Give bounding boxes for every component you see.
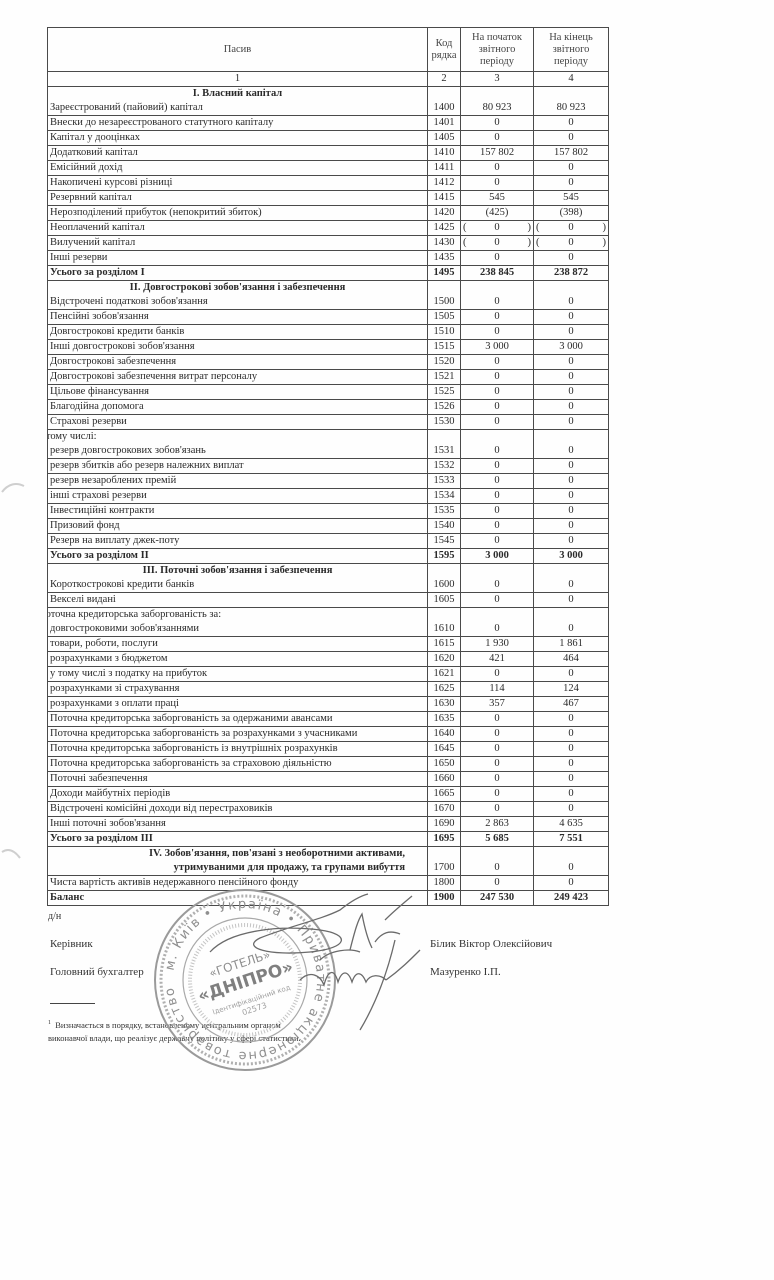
table-row: Відстрочені комісійні доходи від перестр… — [48, 802, 609, 817]
stamp-center-main: «ДНІПРО» — [196, 957, 296, 1007]
row-code: 1660 — [428, 772, 461, 787]
table-row: розрахунками зі страхування1625114124 — [48, 682, 609, 697]
value-start: 421 — [461, 652, 534, 667]
table-row: Резервний капітал1415545545 — [48, 191, 609, 206]
value-cell: (0) — [461, 236, 534, 251]
scan-hole-mark-icon — [0, 842, 30, 872]
value-start: 157 802 — [461, 146, 534, 161]
table-row: Поточна кредиторська заборгованість за о… — [48, 712, 609, 727]
row-label: Інші поточні зобов'язання — [48, 817, 428, 832]
row-code: 1425 — [428, 221, 461, 236]
row-code: 1533 — [428, 474, 461, 489]
open-paren: ( — [463, 236, 467, 250]
close-paren: ) — [603, 221, 607, 235]
row-code: 1412 — [428, 176, 461, 191]
table-row: Доходи майбутніх періодів166500 — [48, 787, 609, 802]
value-start: 0 — [461, 742, 534, 757]
row-code: 1800 — [428, 876, 461, 891]
value-start: 114 — [461, 682, 534, 697]
stamp-code: 02573 — [241, 1001, 268, 1017]
value-end: 0 — [534, 787, 609, 802]
header-label: Пасив — [48, 28, 428, 72]
value-start: 0 — [461, 712, 534, 727]
footnote-mark: 1 — [48, 1020, 51, 1026]
table-row: ІІ. Довгострокові зобов'язання і забезпе… — [48, 281, 609, 310]
value-end: 0 — [534, 802, 609, 817]
value-start: 0 — [461, 310, 534, 325]
balance-sheet-page: Пасив Код рядка На початок звітного пері… — [0, 0, 774, 1280]
row-label-text: Короткострокові кредити банків — [50, 578, 425, 592]
row-code: 1410 — [428, 146, 461, 161]
row-code: 1605 — [428, 593, 461, 608]
row-label: ІІІ. Поточні зобов'язання і забезпечення… — [48, 564, 428, 593]
value-end: 157 802 — [534, 146, 609, 161]
table-row: Чиста вартість активів недержавного пенс… — [48, 876, 609, 891]
row-label: Неоплачений капітал — [48, 221, 428, 236]
value-end: 0 — [534, 667, 609, 682]
row-code: 1625 — [428, 682, 461, 697]
row-label: Емісійний дохід — [48, 161, 428, 176]
value-end: 0 — [534, 310, 609, 325]
value-end: 249 423 — [534, 891, 609, 906]
value-start: 247 530 — [461, 891, 534, 906]
column-number: 1 — [48, 72, 428, 87]
table-row: Поточні забезпечення166000 — [48, 772, 609, 787]
value-start: 0 — [461, 667, 534, 682]
value-end: 0 — [534, 847, 609, 876]
row-code: 1595 — [428, 549, 461, 564]
row-label: Вилучений капітал — [48, 236, 428, 251]
row-label: Поточна кредиторська заборгованість за:д… — [48, 608, 428, 637]
table-row: Призовий фонд154000 — [48, 519, 609, 534]
row-label: Векселі видані — [48, 593, 428, 608]
table-row: Поточна кредиторська заборгованість із в… — [48, 742, 609, 757]
director-role: Керівник — [50, 938, 93, 950]
balance-liabilities-table: Пасив Код рядка На початок звітного пері… — [47, 27, 609, 906]
row-label: І. Власний капіталЗареєстрований (пайови… — [48, 87, 428, 116]
value-start: 357 — [461, 697, 534, 712]
row-label: резерв збитків або резерв належних випла… — [48, 459, 428, 474]
table-row: Інші резерви143500 — [48, 251, 609, 266]
value-end: 0 — [534, 370, 609, 385]
value-start: 0 — [461, 593, 534, 608]
row-code: 1415 — [428, 191, 461, 206]
section-title: у тому числі: — [48, 430, 426, 444]
value-end: 0 — [534, 489, 609, 504]
value-end: 0 — [534, 116, 609, 131]
scan-hole-mark-icon — [0, 478, 30, 508]
bracketed-value: (0) — [463, 236, 531, 250]
value-start: (425) — [461, 206, 534, 221]
table-row: Інші поточні зобов'язання16902 8634 635 — [48, 817, 609, 832]
value-end: 0 — [534, 757, 609, 772]
table-row: Резерв на виплату джек-поту154500 — [48, 534, 609, 549]
row-code: 1420 — [428, 206, 461, 221]
close-paren: ) — [528, 221, 532, 235]
value-end: (398) — [534, 206, 609, 221]
table-row: Капітал у дооцінках140500 — [48, 131, 609, 146]
table-row: Внески до незареєстрованого статутного к… — [48, 116, 609, 131]
row-label: Усього за розділом I — [48, 266, 428, 281]
table-row: ІІІ. Поточні зобов'язання і забезпечення… — [48, 564, 609, 593]
bracketed-value: (0) — [536, 236, 606, 250]
row-label: Благодійна допомога — [48, 400, 428, 415]
row-code: 1545 — [428, 534, 461, 549]
row-code: 1665 — [428, 787, 461, 802]
row-label: Усього за розділом II — [48, 549, 428, 564]
value-end: 0 — [534, 593, 609, 608]
value-end: 0 — [534, 176, 609, 191]
value-start: 0 — [461, 787, 534, 802]
value-end: 0 — [534, 161, 609, 176]
section-title: І. Власний капітал — [50, 87, 425, 101]
value-start: 0 — [461, 772, 534, 787]
column-number: 2 — [428, 72, 461, 87]
total-row: Усього за розділом II15953 0003 000 — [48, 549, 609, 564]
value-end: 0 — [534, 608, 609, 637]
accountant-name: Мазуренко І.П. — [430, 966, 501, 978]
value-end: 0 — [534, 876, 609, 891]
row-label: товари, роботи, послуги — [48, 637, 428, 652]
row-code: 1635 — [428, 712, 461, 727]
row-code: 1690 — [428, 817, 461, 832]
row-label: Інші резерви — [48, 251, 428, 266]
row-code: 1600 — [428, 564, 461, 593]
value-end: 80 923 — [534, 87, 609, 116]
row-code: 1526 — [428, 400, 461, 415]
row-label: Поточна кредиторська заборгованість за о… — [48, 712, 428, 727]
value-end: 0 — [534, 504, 609, 519]
value-start: 0 — [461, 251, 534, 266]
row-label: розрахунками з бюджетом — [48, 652, 428, 667]
value-end: 0 — [534, 251, 609, 266]
column-number-row: 1 2 3 4 — [48, 72, 609, 87]
value-end: 0 — [534, 742, 609, 757]
value-end: 464 — [534, 652, 609, 667]
row-label: Призовий фонд — [48, 519, 428, 534]
value-end: 0 — [534, 534, 609, 549]
table-row: Додатковий капітал1410157 802157 802 — [48, 146, 609, 161]
row-label: ІІ. Довгострокові зобов'язання і забезпе… — [48, 281, 428, 310]
value-start: 0 — [461, 847, 534, 876]
row-code: 1534 — [428, 489, 461, 504]
value-end: 0 — [534, 385, 609, 400]
total-row: Усього за розділом I1495238 845238 872 — [48, 266, 609, 281]
director-name: Білик Віктор Олексійович — [430, 938, 552, 950]
bracketed-value: (0) — [463, 221, 531, 235]
table-row: Неоплачений капітал1425(0)(0) — [48, 221, 609, 236]
value-start: 0 — [461, 430, 534, 459]
value-start: 0 — [461, 355, 534, 370]
accountant-role: Головний бухгалтер — [50, 966, 144, 978]
section-title: ІІІ. Поточні зобов'язання і забезпечення — [50, 564, 425, 578]
value: 0 — [568, 221, 573, 235]
value: 0 — [494, 221, 499, 235]
footnote: 1 Визначається в порядку, встановленому … — [48, 1017, 301, 1045]
row-code: 1645 — [428, 742, 461, 757]
close-paren: ) — [528, 236, 532, 250]
row-label: розрахунками зі страхування — [48, 682, 428, 697]
value-start: 0 — [461, 131, 534, 146]
row-code: 1530 — [428, 415, 461, 430]
value-start: 1 930 — [461, 637, 534, 652]
value-end: 124 — [534, 682, 609, 697]
value-end: 0 — [534, 131, 609, 146]
table-row: інші страхові резерви153400 — [48, 489, 609, 504]
row-label: IV. Зобов'язання, пов'язані з необоротни… — [48, 847, 428, 876]
table-row: резерв збитків або резерв належних випла… — [48, 459, 609, 474]
value-end: 0 — [534, 474, 609, 489]
row-label-text: Зареєстрований (пайовий) капітал — [50, 101, 425, 115]
row-label: Поточна кредиторська заборгованість із в… — [48, 742, 428, 757]
value-end: 0 — [534, 712, 609, 727]
row-label: Цільове фінансування — [48, 385, 428, 400]
value-end: 0 — [534, 355, 609, 370]
header-start: На початок звітного періоду — [461, 28, 534, 72]
table-row: резерв незароблених премій153300 — [48, 474, 609, 489]
header-code: Код рядка — [428, 28, 461, 72]
row-label: Інвестиційні контракти — [48, 504, 428, 519]
row-code: 1900 — [428, 891, 461, 906]
total-row: Усього за розділом III16955 6857 551 — [48, 832, 609, 847]
row-code: 1610 — [428, 608, 461, 637]
row-code: 1531 — [428, 430, 461, 459]
value-start: 0 — [461, 325, 534, 340]
section-4-title-line-2: утримуваними для продажу, та групами виб… — [50, 861, 425, 875]
value-start: 0 — [461, 876, 534, 891]
open-paren: ( — [536, 221, 540, 235]
value-start: 0 — [461, 757, 534, 772]
row-code: 1532 — [428, 459, 461, 474]
table-row: у тому числі з податку на прибуток162100 — [48, 667, 609, 682]
row-code: 1505 — [428, 310, 461, 325]
row-code: 1400 — [428, 87, 461, 116]
row-label: Доходи майбутніх періодів — [48, 787, 428, 802]
value-start: 2 863 — [461, 817, 534, 832]
value-end: 0 — [534, 415, 609, 430]
column-number: 4 — [534, 72, 609, 87]
table-row: товари, роботи, послуги16151 9301 861 — [48, 637, 609, 652]
value-end: 4 635 — [534, 817, 609, 832]
accountant-signature-icon — [290, 930, 430, 1040]
value-start: 0 — [461, 400, 534, 415]
row-code: 1500 — [428, 281, 461, 310]
value-start: 238 845 — [461, 266, 534, 281]
value-end: 467 — [534, 697, 609, 712]
row-label: Довгострокові забезпечення витрат персон… — [48, 370, 428, 385]
stamp-code-label: Ідентифікаційний код — [212, 984, 292, 1017]
value-start: 3 000 — [461, 549, 534, 564]
row-label: Довгострокові забезпечення — [48, 355, 428, 370]
table-row: Пенсійні зобов'язання150500 — [48, 310, 609, 325]
value-start: 0 — [461, 281, 534, 310]
row-label: у тому числі:резерв довгострокових зобов… — [48, 430, 428, 459]
value-cell: (0) — [461, 221, 534, 236]
value-start: 3 000 — [461, 340, 534, 355]
row-code: 1510 — [428, 325, 461, 340]
row-label: розрахунками з оплати праці — [48, 697, 428, 712]
table-row: Довгострокові забезпечення152000 — [48, 355, 609, 370]
row-code: 1525 — [428, 385, 461, 400]
row-label-text: довгостроковими зобов'язаннями — [50, 622, 425, 636]
row-label: Поточні забезпечення — [48, 772, 428, 787]
table-row: І. Власний капіталЗареєстрований (пайови… — [48, 87, 609, 116]
value-start: 0 — [461, 608, 534, 637]
table-row: Благодійна допомога152600 — [48, 400, 609, 415]
table-row: Довгострокові забезпечення витрат персон… — [48, 370, 609, 385]
row-label: Відстрочені комісійні доходи від перестр… — [48, 802, 428, 817]
value-start: 0 — [461, 802, 534, 817]
row-code: 1620 — [428, 652, 461, 667]
value-start: 545 — [461, 191, 534, 206]
value-cell: (0) — [534, 221, 609, 236]
row-label: Страхові резерви — [48, 415, 428, 430]
header-end: На кінець звітного періоду — [534, 28, 609, 72]
table-row: Поточна кредиторська заборгованість за с… — [48, 757, 609, 772]
value-start: 0 — [461, 385, 534, 400]
table-row: Нерозподілений прибуток (непокритий збит… — [48, 206, 609, 221]
row-label: Додатковий капітал — [48, 146, 428, 161]
footnote-divider — [50, 1003, 95, 1004]
row-code: 1670 — [428, 802, 461, 817]
value: 0 — [568, 236, 573, 250]
row-code: 1535 — [428, 504, 461, 519]
row-code: 1495 — [428, 266, 461, 281]
value-start: 0 — [461, 504, 534, 519]
row-label: Накопичені курсові різниці — [48, 176, 428, 191]
value-end: 0 — [534, 772, 609, 787]
table-row: Інвестиційні контракти153500 — [48, 504, 609, 519]
row-label: Нерозподілений прибуток (непокритий збит… — [48, 206, 428, 221]
footnote-line-1: Визначається в порядку, встановленому це… — [55, 1020, 280, 1030]
total-row: Баланс1900247 530249 423 — [48, 891, 609, 906]
table-row: Емісійний дохід141100 — [48, 161, 609, 176]
value-cell: (0) — [534, 236, 609, 251]
value-start: 0 — [461, 489, 534, 504]
table-row: розрахунками з бюджетом1620421464 — [48, 652, 609, 667]
table-row: Накопичені курсові різниці141200 — [48, 176, 609, 191]
row-label: Резерв на виплату джек-поту — [48, 534, 428, 549]
table-row: Векселі видані160500 — [48, 593, 609, 608]
row-label: Поточна кредиторська заборгованість за р… — [48, 727, 428, 742]
table-row: Цільове фінансування152500 — [48, 385, 609, 400]
value-end: 545 — [534, 191, 609, 206]
value-end: 0 — [534, 430, 609, 459]
value-start: 0 — [461, 474, 534, 489]
row-code: 1640 — [428, 727, 461, 742]
value-start: 0 — [461, 459, 534, 474]
row-code: 1405 — [428, 131, 461, 146]
value-start: 0 — [461, 564, 534, 593]
row-label: резерв незароблених премій — [48, 474, 428, 489]
section-4-title-line-1: IV. Зобов'язання, пов'язані з необоротни… — [50, 847, 425, 861]
row-code: 1540 — [428, 519, 461, 534]
value-end: 0 — [534, 400, 609, 415]
row-label: Капітал у дооцінках — [48, 131, 428, 146]
row-code: 1700 — [428, 847, 461, 876]
row-label: Інші довгострокові зобов'язання — [48, 340, 428, 355]
table-row: Вилучений капітал1430(0)(0) — [48, 236, 609, 251]
value-start: 0 — [461, 370, 534, 385]
column-number: 3 — [461, 72, 534, 87]
stamp-center-top: «ГОТЕЛЬ» — [207, 947, 272, 980]
value-start: 0 — [461, 161, 534, 176]
bracketed-value: (0) — [536, 221, 606, 235]
row-label-text: Відстрочені податкові зобов'язання — [50, 295, 425, 309]
value-start: 0 — [461, 519, 534, 534]
row-label: у тому числі з податку на прибуток — [48, 667, 428, 682]
value-end: 3 000 — [534, 549, 609, 564]
value: 0 — [494, 236, 499, 250]
value-start: 0 — [461, 116, 534, 131]
table-row: Поточна кредиторська заборгованість за:д… — [48, 608, 609, 637]
value-end: 238 872 — [534, 266, 609, 281]
value-start: 5 685 — [461, 832, 534, 847]
row-code: 1515 — [428, 340, 461, 355]
row-label: Резервний капітал — [48, 191, 428, 206]
row-code: 1615 — [428, 637, 461, 652]
value-end: 0 — [534, 564, 609, 593]
open-paren: ( — [463, 221, 467, 235]
value-start: 0 — [461, 727, 534, 742]
dn-note: д/н — [48, 911, 61, 922]
value-end: 0 — [534, 281, 609, 310]
value-end: 1 861 — [534, 637, 609, 652]
row-code: 1411 — [428, 161, 461, 176]
value-start: 0 — [461, 534, 534, 549]
row-code: 1520 — [428, 355, 461, 370]
row-code: 1650 — [428, 757, 461, 772]
row-label: Внески до незареєстрованого статутного к… — [48, 116, 428, 131]
value-end: 0 — [534, 325, 609, 340]
value-start: 0 — [461, 176, 534, 191]
table-row: Страхові резерви153000 — [48, 415, 609, 430]
table-row: розрахунками з оплати праці1630357467 — [48, 697, 609, 712]
row-code: 1621 — [428, 667, 461, 682]
table-row: Поточна кредиторська заборгованість за р… — [48, 727, 609, 742]
table-row: IV. Зобов'язання, пов'язані з необоротни… — [48, 847, 609, 876]
value-end: 0 — [534, 727, 609, 742]
row-code: 1435 — [428, 251, 461, 266]
table-row: у тому числі:резерв довгострокових зобов… — [48, 430, 609, 459]
section-title: Поточна кредиторська заборгованість за: — [48, 608, 426, 622]
row-label: Чиста вартість активів недержавного пенс… — [48, 876, 428, 891]
row-label-text: резерв довгострокових зобов'язань — [50, 444, 425, 458]
row-code: 1630 — [428, 697, 461, 712]
table-header-row: Пасив Код рядка На початок звітного пері… — [48, 28, 609, 72]
row-code: 1521 — [428, 370, 461, 385]
row-label: Довгострокові кредити банків — [48, 325, 428, 340]
row-code: 1401 — [428, 116, 461, 131]
row-label: Поточна кредиторська заборгованість за с… — [48, 757, 428, 772]
row-label: інші страхові резерви — [48, 489, 428, 504]
value-end: 0 — [534, 519, 609, 534]
row-label: Пенсійні зобов'язання — [48, 310, 428, 325]
official-stamp-icon: м. Київ • Україна • Приватне акціонерне … — [150, 885, 340, 1075]
open-paren: ( — [536, 236, 540, 250]
value-start: 0 — [461, 415, 534, 430]
value-end: 0 — [534, 459, 609, 474]
row-label: Усього за розділом III — [48, 832, 428, 847]
row-code: 1430 — [428, 236, 461, 251]
footnote-line-2: виконавчої влади, що реалізує державну п… — [48, 1032, 301, 1045]
row-label: Баланс — [48, 891, 428, 906]
value-end: 7 551 — [534, 832, 609, 847]
value-end: 3 000 — [534, 340, 609, 355]
value-start: 80 923 — [461, 87, 534, 116]
row-code: 1695 — [428, 832, 461, 847]
table-row: Інші довгострокові зобов'язання15153 000… — [48, 340, 609, 355]
